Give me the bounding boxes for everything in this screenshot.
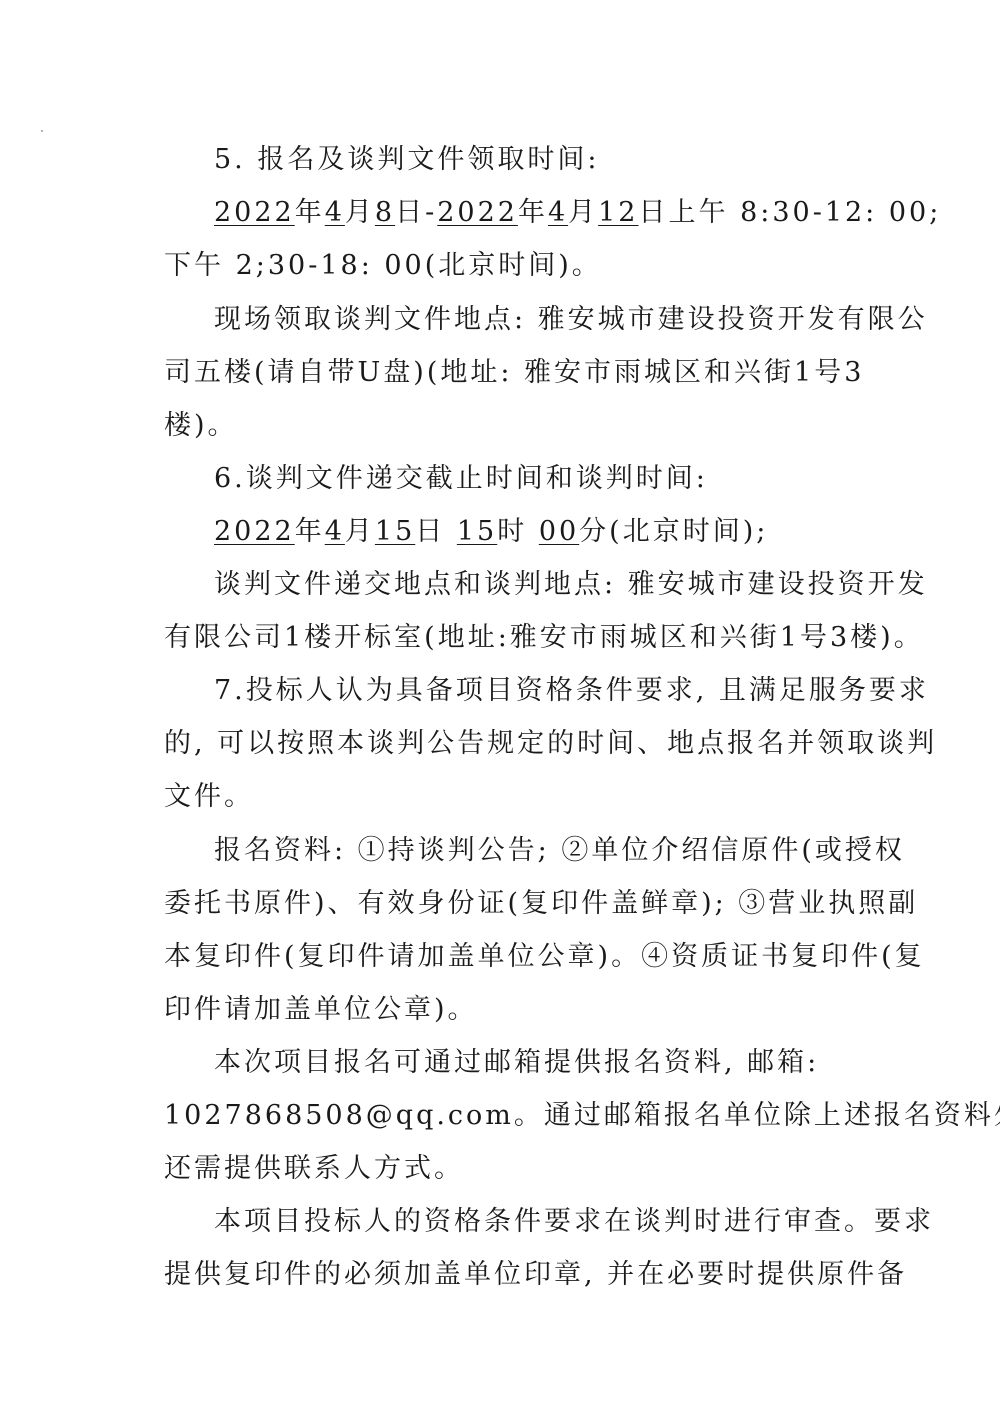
section-7-line-1: 7.投标人认为具备项目资格条件要求, 且满足服务要求 [214, 675, 914, 707]
morning-hours: 日上午 8:30-12: 00; [638, 197, 941, 228]
end-month: 4 [548, 197, 568, 228]
section-6-heading: 6.谈判文件递交截止时间和谈判时间: [214, 463, 914, 495]
materials-line-2: 委托书原件)、有效身份证(复印件盖鲜章); ③营业执照副 [164, 888, 864, 920]
materials-line-3: 本复印件(复印件请加盖单位公章)。④资质证书复印件(复 [164, 941, 864, 973]
deadline-year: 2022 [214, 516, 295, 547]
email-line-1: 本次项目报名可通过邮箱提供报名资料, 邮箱: [214, 1047, 914, 1079]
review-line-2: 提供复印件的必须加盖单位印章, 并在必要时提供原件备 [164, 1259, 864, 1291]
year-label: 年 [295, 516, 325, 547]
document-page: 5. 报名及谈判文件领取时间: 2022年4月8日-2022年4月12日上午 8… [0, 0, 1000, 1414]
deadline-line: 2022年4月15日 15时 00分(北京时间); [214, 516, 914, 548]
section-5-heading: 5. 报名及谈判文件领取时间: [214, 144, 914, 176]
date-separator: 日- [395, 197, 437, 228]
review-line-1: 本项目投标人的资格条件要求在谈判时进行审查。要求 [214, 1206, 914, 1238]
end-year: 2022 [437, 197, 518, 228]
end-day: 12 [598, 197, 638, 228]
materials-line-4: 印件请加盖单位公章)。 [164, 994, 864, 1026]
section-7-line-3: 文件。 [164, 781, 864, 813]
email-line-3: 还需提供联系人方式。 [164, 1153, 864, 1185]
submission-location-line-2: 有限公司1楼开标室(地址:雅安市雨城区和兴街1号3楼)。 [164, 622, 864, 654]
deadline-month: 4 [325, 516, 345, 547]
section-7-line-2: 的, 可以按照本谈判公告规定的时间、地点报名并领取谈判 [164, 728, 864, 760]
hour-label: 时 [497, 516, 527, 547]
deadline-hour: 15 [457, 516, 497, 547]
year-label: 年 [518, 197, 548, 228]
section-5-date-line: 2022年4月8日-2022年4月12日上午 8:30-12: 00; [214, 197, 914, 229]
deadline-minute: 00 [539, 516, 579, 547]
pickup-location-line-2: 司五楼(请自带U盘)(地址: 雅安市雨城区和兴街1号3 [164, 357, 864, 389]
year-label: 年 [295, 197, 325, 228]
day-label: 日 [415, 516, 445, 547]
email-line-2: 1027868508@qq.com。通过邮箱报名单位除上述报名资料外, [164, 1100, 864, 1132]
scan-speck [41, 130, 43, 132]
pickup-location-line-1: 现场领取谈判文件地点: 雅安城市建设投资开发有限公 [214, 304, 914, 336]
afternoon-hours: 下午 2;30-18: 00(北京时间)。 [164, 250, 864, 282]
start-month: 4 [325, 197, 345, 228]
month-label: 月 [345, 516, 375, 547]
pickup-location-line-3: 楼)。 [164, 410, 864, 442]
submission-location-line-1: 谈判文件递交地点和谈判地点: 雅安城市建设投资开发 [214, 569, 914, 601]
month-label: 月 [345, 197, 375, 228]
deadline-suffix: 分(北京时间); [579, 516, 768, 547]
start-day: 8 [375, 197, 395, 228]
deadline-day: 15 [375, 516, 415, 547]
month-label: 月 [568, 197, 598, 228]
materials-line-1: 报名资料: ①持谈判公告; ②单位介绍信原件(或授权 [214, 835, 914, 867]
start-year: 2022 [214, 197, 295, 228]
